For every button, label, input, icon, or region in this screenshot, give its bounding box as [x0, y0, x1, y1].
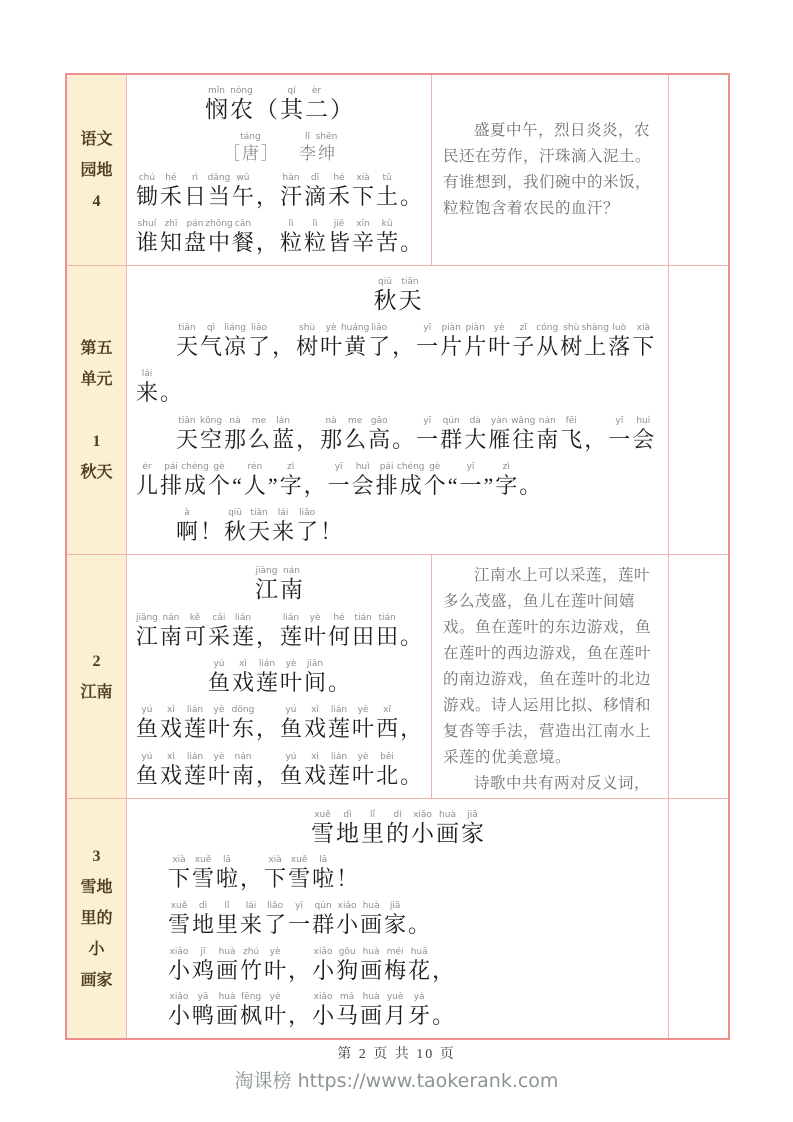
poem-line: tiān天kōng空nà那me么lán蓝 ，nà那me么gāo高 。yī一qún…: [129, 414, 666, 453]
unit-label-2-jiangnan: 2江南: [67, 555, 127, 798]
empty-cell: [669, 799, 728, 1038]
empty-cell: [669, 75, 728, 265]
poem-line: xià下xuě雪lā啦 ，xià下xuě雪lā啦 ！: [129, 853, 666, 892]
poem-line: xiǎo小yā鸭huà画fēng枫yè叶 ，xiǎo小mǎ马huà画yuè月yá…: [129, 990, 666, 1029]
empty-cell: [669, 266, 728, 554]
poem-line: à啊 ！qiū秋tiān天lái来liǎo了 ！: [129, 506, 666, 545]
poem-line: yú鱼xì戏lián莲yè叶jiān间 。: [129, 657, 429, 696]
poem-line: tiān天qì气liáng凉liǎo了 ，shù树yè叶huáng黄liǎo了 …: [129, 321, 666, 360]
poem-line: yú鱼xì戏lián莲yè叶dōng东 ，yú鱼xì戏lián莲yè叶xī西 ，: [129, 703, 429, 742]
poem-cell-jiangnan: jiāng江nán南 jiāng江nán南kě可cǎi采lián莲 ，lián莲…: [127, 555, 432, 798]
unit-label-yuwenyuandi4: 语文园地4: [67, 75, 127, 265]
section-row-minnong: 语文园地4 mǐn悯nóng农 （qí其èr二 ） ［táng唐 ］ lǐ李sh…: [67, 75, 728, 265]
page-number: 第 2 页 共 10 页: [0, 1043, 793, 1063]
poem-cell-minnong: mǐn悯nóng农 （qí其èr二 ） ［táng唐 ］ lǐ李shēn绅 ch…: [127, 75, 432, 265]
poem-line: xuě雪dì地lǐ里lái来liǎo了yī一qún群xiǎo小huà画jiā家 …: [129, 899, 666, 938]
watermark-link[interactable]: 淘课榜 https://www.taokerank.com: [0, 1066, 793, 1093]
poem-cell-qiutian: qiū秋tiān天 tiān天qì气liáng凉liǎo了 ，shù树yè叶hu…: [127, 266, 669, 554]
section-row-qiutian: 第五单元 1秋天 qiū秋tiān天 tiān天qì气liáng凉liǎo了 ，…: [67, 265, 728, 554]
unit-label-diwudanyuan-1-qiutian: 第五单元 1秋天: [67, 266, 127, 554]
poem-line: chú锄hé禾rì日dāng当wǔ午 ，hàn汗dī滴hé禾xià下tǔ土 。: [129, 171, 429, 210]
poem-line: jiāng江nán南kě可cǎi采lián莲 ，lián莲yè叶hé何tián田…: [129, 611, 429, 650]
poem-line: ér儿pái排chéng成gè个 “rén人 ”zì字 ，yī一huì会pái排…: [129, 460, 666, 499]
note-cell-jiangnan: 江南水上可以采莲，莲叶多么茂盛，鱼儿在莲叶间嬉戏。鱼在莲叶的东边游戏，鱼在莲叶的…: [432, 555, 669, 798]
poem-line: shuí谁zhī知pán盘zhōng中cān餐 ，lì粒lì粒jiē皆xīn辛k…: [129, 217, 429, 256]
poem-cell-xuedili: xuě雪dì地lǐ里dí的xiǎo小huà画jiā家 xià下xuě雪lā啦 ，…: [127, 799, 669, 1038]
poem-title-jiangnan: jiāng江nán南: [129, 564, 429, 603]
poem-title-minnong: mǐn悯nóng农 （qí其èr二 ）: [129, 84, 429, 123]
unit-label-3-xuedili: 3雪地里的小画家: [67, 799, 127, 1038]
section-row-jiangnan: 2江南 jiāng江nán南 jiāng江nán南kě可cǎi采lián莲 ，l…: [67, 554, 728, 798]
note-paragraph: 盛夏中午，烈日炎炎，农民还在劳作，汗珠滴入泥土。有谁想到，我们碗中的米饭，粒粒饱…: [443, 118, 657, 222]
note-cell-minnong: 盛夏中午，烈日炎炎，农民还在劳作，汗珠滴入泥土。有谁想到，我们碗中的米饭，粒粒饱…: [432, 75, 669, 265]
poem-line: lái来 。: [129, 367, 666, 406]
poem-title-qiutian: qiū秋tiān天: [129, 275, 666, 314]
poem-line: xiǎo小jī鸡huà画zhú竹yè叶 ，xiǎo小gǒu狗huà画méi梅hu…: [129, 945, 666, 984]
poem-line: yú鱼xì戏lián莲yè叶nán南 ，yú鱼xì戏lián莲yè叶běi北 。: [129, 750, 429, 789]
note-paragraph: 诗歌中共有两对反义词，分别是东对西、南对北。: [443, 771, 657, 798]
section-row-xuedili: 3雪地里的小画家 xuě雪dì地lǐ里dí的xiǎo小huà画jiā家 xià下…: [67, 798, 728, 1038]
poem-author: ［táng唐 ］ lǐ李shēn绅: [129, 130, 429, 165]
poem-title-xuedili: xuě雪dì地lǐ里dí的xiǎo小huà画jiā家: [129, 808, 666, 847]
lesson-table: 语文园地4 mǐn悯nóng农 （qí其èr二 ） ［táng唐 ］ lǐ李sh…: [65, 73, 730, 1040]
empty-cell: [669, 555, 728, 798]
note-paragraph: 江南水上可以采莲，莲叶多么茂盛，鱼儿在莲叶间嬉戏。鱼在莲叶的东边游戏，鱼在莲叶的…: [443, 563, 657, 771]
